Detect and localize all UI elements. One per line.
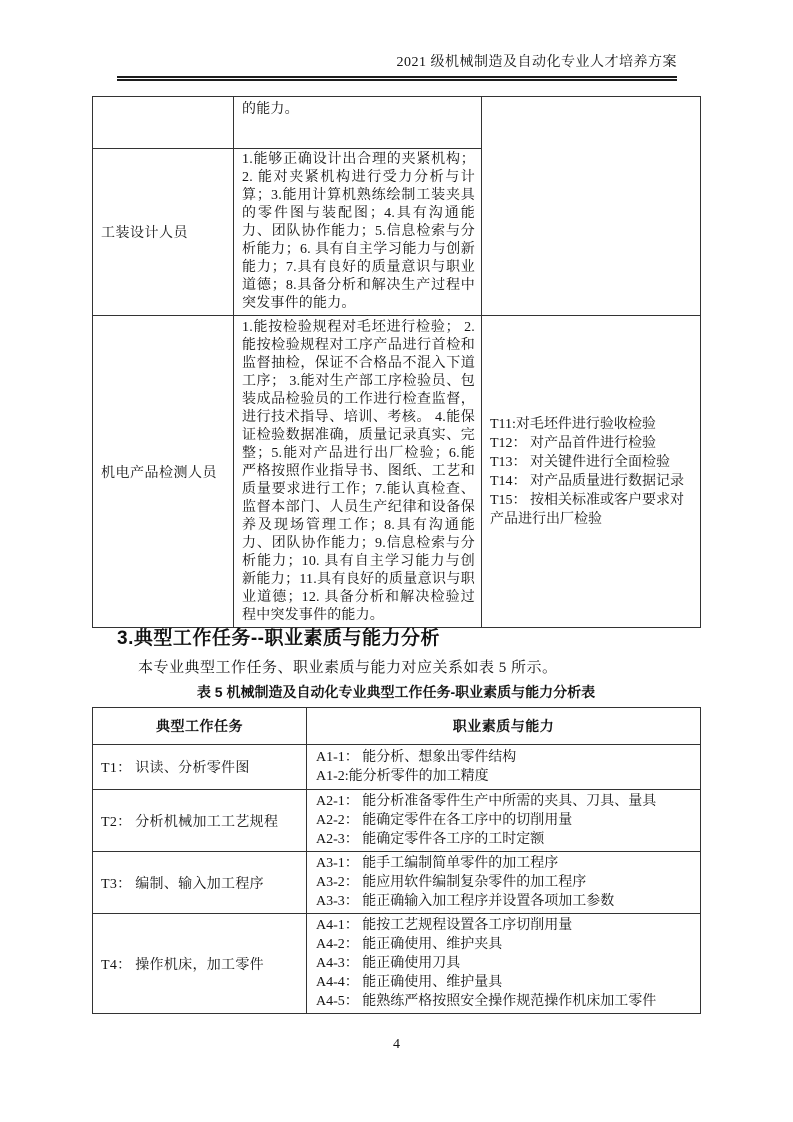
list-item: T11:对毛坯件进行验收检验 [490,415,696,434]
list-item: A4-4： 能正确使用、维护量具 [316,973,696,992]
list-item: A4-3： 能正确使用刀具 [316,954,696,973]
intro-paragraph: 本专业典型工作任务、职业素质与能力对应关系如表 5 所示。 [92,657,700,679]
abilities-cell-t4: A4-1： 能按工艺规程设置各工序切削用量A4-2： 能正确使用、维护夹具A4-… [307,914,701,1014]
task-cell-t3: T3： 编制、输入加工程序 [93,852,307,914]
column-header-abilities: 职业素质与能力 [307,708,701,745]
abilities-cell-tooling-designer: 1.能够正确设计出合理的夹紧机构；2. 能对夹紧机构进行受力分析与计算；3.能用… [234,149,482,316]
task-cell-t4: T4： 操作机床，加工零件 [93,914,307,1014]
list-item: A3-2： 能应用软件编制复杂零件的加工程序 [316,873,696,892]
abilities-cell-t3: A3-1： 能手工编制简单零件的加工程序A3-2： 能应用软件编制复杂零件的加工… [307,852,701,914]
list-item: T14： 对产品质量进行数据记录 [490,472,696,491]
list-item: A3-3： 能正确输入加工程序并设置各项加工参数 [316,892,696,911]
task-cell-t2: T2： 分析机械加工工艺规程 [93,790,307,852]
table-header-row: 典型工作任务 职业素质与能力 [93,708,701,745]
list-item: T15： 按相关标准或客户要求对产品进行出厂检验 [490,491,696,529]
list-item: A1-2:能分析零件的加工精度 [316,767,696,786]
roles-abilities-table: 的能力。 工装设计人员 1.能够正确设计出合理的夹紧机构；2. 能对夹紧机构进行… [92,96,701,628]
list-item: A2-2： 能确定零件在各工序中的切削用量 [316,811,696,830]
tasks-cell-empty [482,97,701,316]
list-item: A4-1： 能按工艺规程设置各工序切削用量 [316,916,696,935]
list-item: T12： 对产品首件进行检验 [490,434,696,453]
list-item: A3-1： 能手工编制简单零件的加工程序 [316,854,696,873]
list-item: A4-5： 能熟练严格按照安全操作规范操作机床加工零件 [316,992,696,1011]
page-number: 4 [0,1037,793,1053]
table-row: 的能力。 [93,97,701,149]
header-rule-bottom-line [117,79,677,81]
list-item: T13： 对关键件进行全面检验 [490,453,696,472]
task-cell-t1: T1： 识读、分析零件图 [93,745,307,790]
abilities-cell-t2: A2-1： 能分析准备零件生产中所需的夹具、刀具、量具A2-2： 能确定零件在各… [307,790,701,852]
role-cell-tooling-designer: 工装设计人员 [93,149,234,316]
running-header-title: 2021 级机械制造及自动化专业人才培养方案 [117,54,677,72]
column-header-task: 典型工作任务 [93,708,307,745]
document-page: 2021 级机械制造及自动化专业人才培养方案 的能力。 工装设计人员 1.能够正… [0,0,793,1122]
list-item: A4-2： 能正确使用、维护夹具 [316,935,696,954]
table-row: T1： 识读、分析零件图 A1-1： 能分析、想象出零件结构A1-2:能分析零件… [93,745,701,790]
list-item: A1-1： 能分析、想象出零件结构 [316,748,696,767]
table-row: T4： 操作机床，加工零件 A4-1： 能按工艺规程设置各工序切削用量A4-2：… [93,914,701,1014]
role-cell-empty [93,97,234,149]
tasks-abilities-table: 典型工作任务 职业素质与能力 T1： 识读、分析零件图 A1-1： 能分析、想象… [92,707,701,1014]
tasks-cell-inspection-staff: T11:对毛坯件进行验收检验T12： 对产品首件进行检验T13： 对关键件进行全… [482,316,701,628]
section-heading: 3.典型工作任务--职业素质与能力分析 [117,626,677,652]
table-row: T2： 分析机械加工工艺规程 A2-1： 能分析准备零件生产中所需的夹具、刀具、… [93,790,701,852]
table-row: T3： 编制、输入加工程序 A3-1： 能手工编制简单零件的加工程序A3-2： … [93,852,701,914]
table-row: 机电产品检测人员 1.能按检验规程对毛坯进行检验； 2. 能按检验规程对工序产品… [93,316,701,628]
header-double-rule [117,76,677,81]
abilities-cell-t1: A1-1： 能分析、想象出零件结构A1-2:能分析零件的加工精度 [307,745,701,790]
abilities-cell-inspection-staff: 1.能按检验规程对毛坯进行检验； 2. 能按检验规程对工序产品进行首检和监督抽检… [234,316,482,628]
abilities-cell-continuation: 的能力。 [234,97,482,149]
list-item: A2-1： 能分析准备零件生产中所需的夹具、刀具、量具 [316,792,696,811]
list-item: A2-3： 能确定零件各工序的工时定额 [316,830,696,849]
role-cell-inspection-staff: 机电产品检测人员 [93,316,234,628]
table-caption: 表 5 机械制造及自动化专业典型工作任务-职业素质与能力分析表 [92,683,700,701]
